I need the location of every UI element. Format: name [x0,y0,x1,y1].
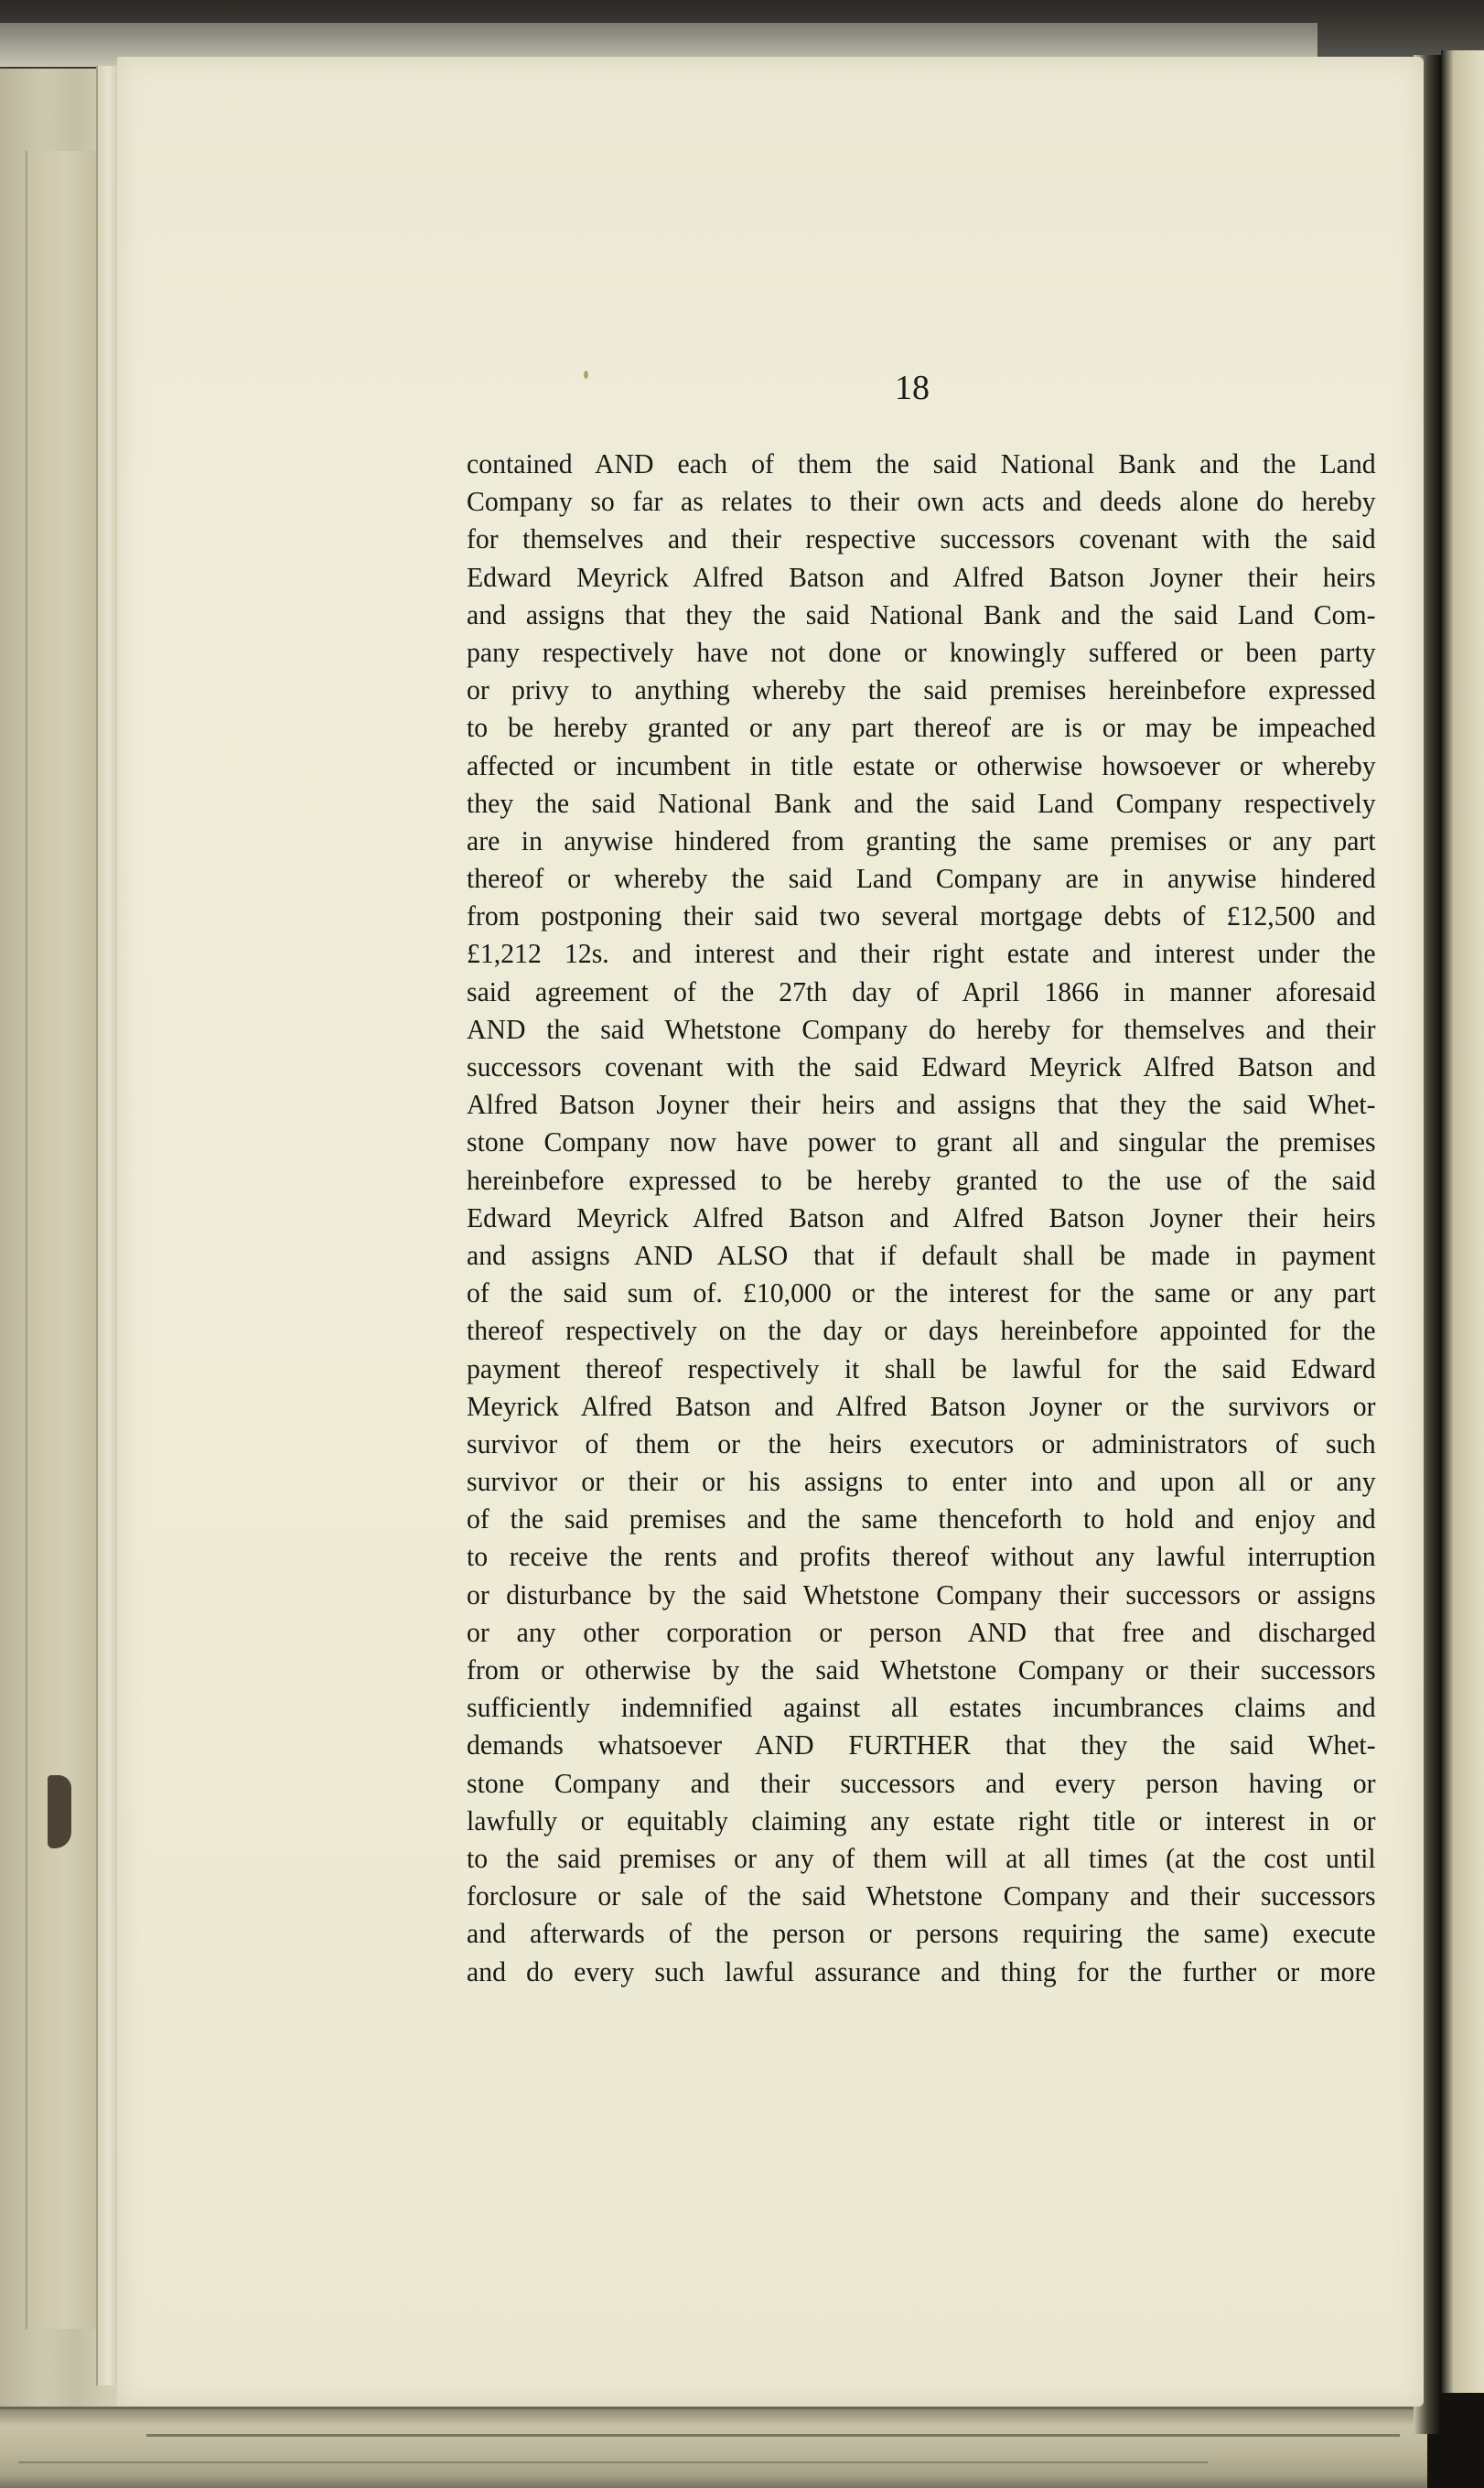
text-line: from or otherwise by the said Whetstone … [467,1651,1376,1688]
underlying-pages-bottom [0,2407,1427,2488]
text-line: Alfred Batson Joyner their heirs and ass… [467,1085,1376,1123]
text-line: or any other corporation or person AND t… [467,1613,1376,1651]
text-line: and assigns AND ALSO that if default sha… [467,1236,1376,1274]
text-line: survivor of them or the heirs executors … [467,1425,1376,1462]
text-line: affected or incumbent in title estate or… [467,747,1376,784]
page-number: 18 [895,368,930,408]
underlying-page-edge [26,151,102,2329]
text-line: Company so far as relates to their own a… [467,482,1376,520]
text-line: stone Company now have power to grant al… [467,1123,1376,1160]
text-line: to be hereby granted or any part thereof… [467,708,1376,746]
text-line: from postponing their said two several m… [467,897,1376,934]
text-line: stone Company and their successors and e… [467,1764,1376,1802]
text-line: they the said National Bank and the said… [467,784,1376,822]
paper-speck [584,371,588,379]
next-page-edge [1441,50,1484,2393]
text-line: sufficiently indemnified against all est… [467,1688,1376,1726]
ink-stain [48,1775,71,1848]
text-line: Meyrick Alfred Batson and Alfred Batson … [467,1387,1376,1425]
text-line: pany respectively have not done or knowi… [467,633,1376,671]
text-line: of the said sum of. £10,000 or the inter… [467,1274,1376,1311]
text-line: survivor or their or his assigns to ente… [467,1462,1376,1500]
text-line: or privy to anything whereby the said pr… [467,671,1376,708]
text-line: lawfully or equitably claiming any estat… [467,1802,1376,1839]
text-line: successors covenant with the said Edward… [467,1048,1376,1085]
text-line: and do every such lawful assurance and t… [467,1953,1376,1990]
text-line: hereinbefore expressed to be hereby gran… [467,1161,1376,1199]
page-edge-line [146,2434,1400,2437]
text-line: AND the said Whetstone Company do hereby… [467,1010,1376,1048]
text-line: payment thereof respectively it shall be… [467,1350,1376,1387]
text-line: thereof respectively on the day or days … [467,1311,1376,1349]
page-edge-line [18,2461,1208,2463]
text-line: and afterwards of the person or persons … [467,1914,1376,1952]
text-line: for themselves and their respective succ… [467,520,1376,557]
text-line: Edward Meyrick Alfred Batson and Alfred … [467,1199,1376,1236]
text-line: thereof or whereby the said Land Company… [467,859,1376,897]
text-line: of the said premises and the same thence… [467,1500,1376,1537]
text-line: £1,212 12s. and interest and their right… [467,934,1376,972]
text-line: are in anywise hindered from granting th… [467,822,1376,859]
text-line: said agreement of the 27th day of April … [467,973,1376,1010]
text-line: contained AND each of them the said Nati… [467,445,1376,482]
text-line: demands whatsoever AND FURTHER that they… [467,1726,1376,1763]
text-line: and assigns that they the said National … [467,596,1376,633]
body-text: contained AND each of them the said Nati… [467,445,1382,1990]
text-line: to the said premises or any of them will… [467,1839,1376,1877]
text-line: forclosure or sale of the said Whetstone… [467,1877,1376,1914]
text-line: to receive the rents and profits thereof… [467,1537,1376,1575]
text-line: or disturbance by the said Whetstone Com… [467,1576,1376,1613]
text-line: Edward Meyrick Alfred Batson and Alfred … [467,558,1376,596]
